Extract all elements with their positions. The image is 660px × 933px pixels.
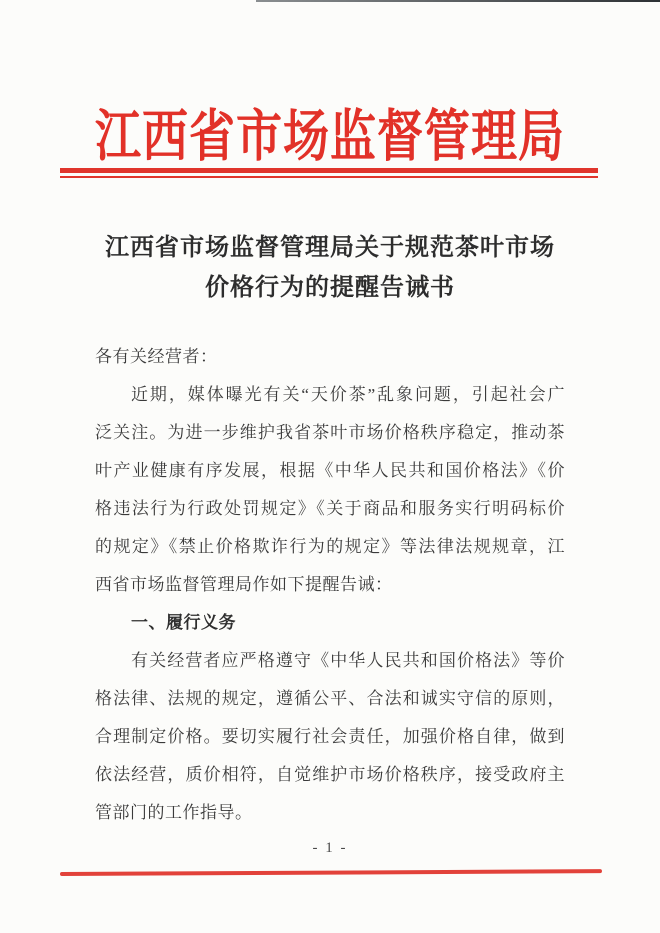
paragraph2-line: 合理制定价格。要切实履行社会责任，加强价格自律，做到 (95, 718, 565, 756)
scanned-document-page: 江西省市场监督管理局 江西省市场监督管理局关于规范茶叶市场 价格行为的提醒告诫书… (0, 0, 660, 933)
document-title-line-1: 江西省市场监督管理局关于规范茶叶市场 (30, 228, 630, 268)
document-body: 各有关经营者： 近期，媒体曝光有关“天价茶”乱象问题，引起社会广 泛关注。为进一… (95, 338, 565, 832)
footer-red-rule (60, 869, 602, 876)
paragraph1-line: 的规定》《禁止价格欺诈行为的规定》等法律法规规章，江 (95, 528, 565, 566)
paragraph1-line: 近期，媒体曝光有关“天价茶”乱象问题，引起社会广 (95, 376, 565, 414)
paragraph2-line: 依法经营，质价相符，自觉维护市场价格秩序，接受政府主 (95, 756, 565, 794)
paragraph1-line: 格违法行为行政处罚规定》《关于商品和服务实行明码标价 (95, 490, 565, 528)
document-title: 江西省市场监督管理局关于规范茶叶市场 价格行为的提醒告诫书 (30, 228, 630, 308)
paragraph1-line: 叶产业健康有序发展，根据《中华人民共和国价格法》《价 (95, 452, 565, 490)
agency-letterhead: 江西省市场监督管理局 (0, 92, 660, 173)
paragraph2-line: 管部门的工作指导。 (95, 794, 565, 832)
salutation: 各有关经营者： (95, 338, 565, 376)
paragraph1-line: 泛关注。为进一步维护我省茶叶市场价格秩序稳定，推动茶 (95, 414, 565, 452)
section1-heading: 一、履行义务 (95, 604, 565, 642)
paragraph2-line: 有关经营者应严格遵守《中华人民共和国价格法》等价 (95, 642, 565, 680)
scan-edge-artifact (256, 0, 660, 2)
page-number: - 1 - (0, 840, 660, 857)
paragraph1-line: 西省市场监督管理局作如下提醒告诫： (95, 566, 565, 604)
paragraph2-line: 格法律、法规的规定，遵循公平、合法和诚实守信的原则， (95, 680, 565, 718)
document-title-line-2: 价格行为的提醒告诫书 (30, 268, 630, 308)
letterhead-double-rule (60, 168, 598, 178)
